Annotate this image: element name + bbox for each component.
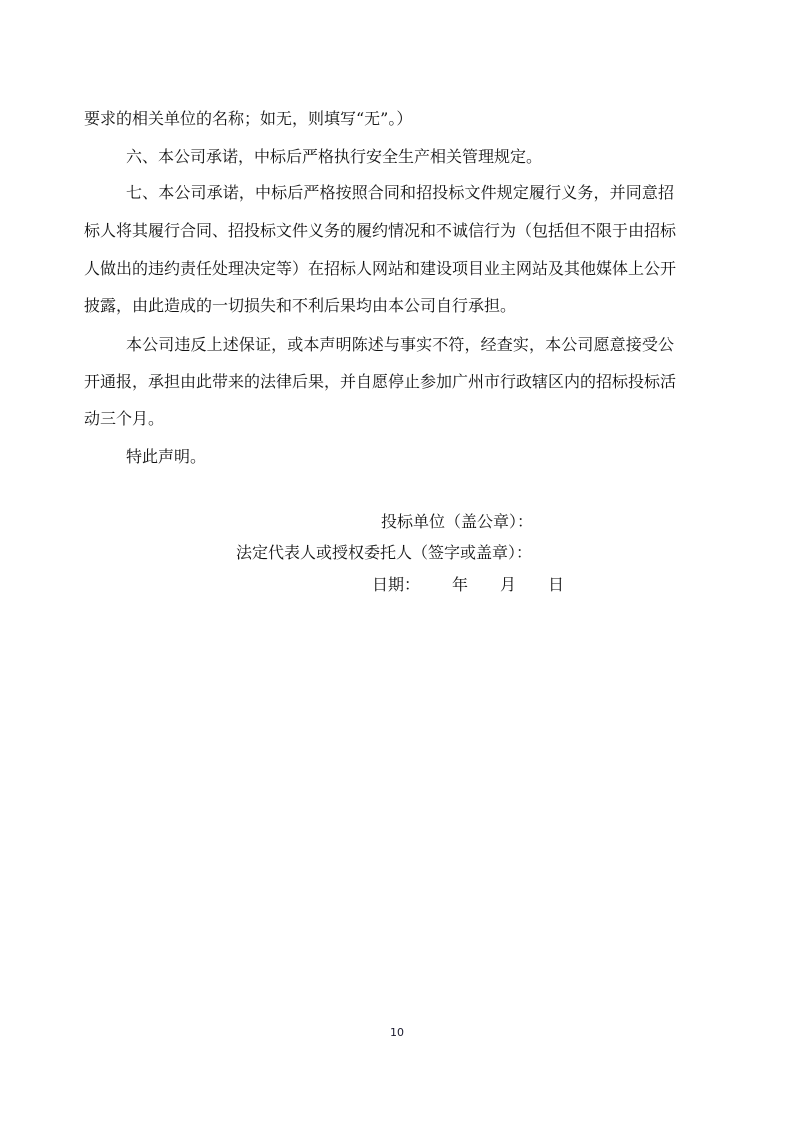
- representative-signature-label: 法定代表人或授权委托人（签字或盖章）：: [236, 541, 532, 565]
- date-month-label: 月: [500, 573, 516, 597]
- paragraph-violation-line-1: 本公司违反上述保证，或本声明陈述与事实不符，经查实，本公司愿意接受公: [84, 333, 674, 357]
- paragraph-violation-line-3: 动三个月。: [84, 407, 674, 431]
- date-label: 日期：: [372, 573, 420, 597]
- date-year-label: 年: [452, 573, 468, 597]
- paragraph-six-line-1: 六、本公司承诺，中标后严格执行安全生产相关管理规定。: [84, 145, 674, 169]
- bidder-seal-label: 投标单位（盖公章）：: [381, 510, 533, 534]
- paragraph-seven-line-1: 七、本公司承诺，中标后严格按照合同和招投标文件规定履行义务，并同意招: [84, 181, 674, 205]
- document-page: 要求的相关单位的名称；如无，则填写“无”。） 六、本公司承诺，中标后严格执行安全…: [0, 0, 794, 1123]
- paragraph-closing-line-1: 特此声明。: [84, 445, 674, 469]
- paragraph-continuation-line-1: 要求的相关单位的名称；如无，则填写“无”。）: [84, 107, 674, 131]
- page-number: 10: [0, 1026, 794, 1039]
- paragraph-seven-line-4: 披露，由此造成的一切损失和不利后果均由本公司自行承担。: [84, 294, 674, 318]
- paragraph-seven-line-3: 人做出的违约责任处理决定等）在招标人网站和建设项目业主网站及其他媒体上公开: [84, 257, 674, 281]
- paragraph-seven-line-2: 标人将其履行合同、招投标文件义务的履约情况和不诚信行为（包括但不限于由招标: [84, 219, 674, 243]
- date-day-label: 日: [548, 573, 564, 597]
- paragraph-violation-line-2: 开通报，承担由此带来的法律后果，并自愿停止参加广州市行政辖区内的招标投标活: [84, 370, 674, 394]
